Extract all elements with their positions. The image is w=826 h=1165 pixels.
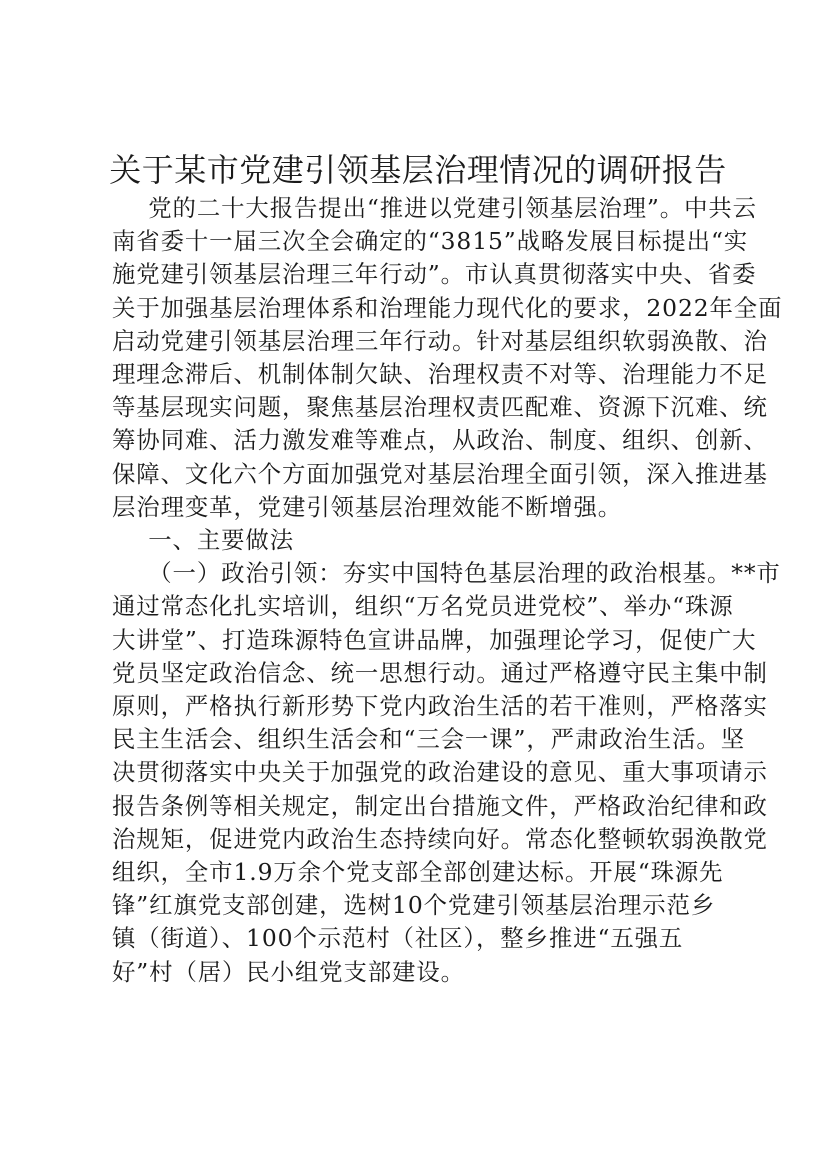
text-line: 施党建引领基层治理三年行动”。市认真贯彻落实中央、省委: [112, 258, 724, 291]
text-line: 治规矩，促进党内政治生态持续向好。常态化整顿软弱涣散党: [112, 823, 724, 856]
text-line: 决贯彻落实中央关于加强党的政治建设的意见、重大事项请示: [112, 756, 724, 789]
text-line: 等基层现实问题，聚焦基层治理权责匹配难、资源下沉难、统: [112, 391, 724, 424]
text-line: 启动党建引领基层治理三年行动。针对基层组织软弱涣散、治: [112, 325, 724, 358]
text-line: 筹协同难、活力激发难等难点，从政治、制度、组织、创新、: [112, 424, 724, 457]
document-title: 关于某市党建引领基层治理情况的调研报告: [92, 148, 744, 192]
text-line: 好”村（居）民小组党支部建设。: [112, 956, 724, 989]
text-line: 党的二十大报告提出“推进以党建引领基层治理”。中共云: [112, 192, 724, 225]
text-line: （一）政治引领：夯实中国特色基层治理的政治根基。**市: [112, 557, 724, 590]
text-line: 原则，严格执行新形势下党内政治生活的若干准则，严格落实: [112, 690, 724, 723]
text-line: 组织，全市1.9万余个党支部全部创建达标。开展“珠源先: [112, 856, 724, 889]
text-line: 理理念滞后、机制体制欠缺、治理权责不对等、治理能力不足: [112, 358, 724, 391]
document-page: 关于某市党建引领基层治理情况的调研报告 党的二十大报告提出“推进以党建引领基层治…: [112, 148, 724, 989]
intro-paragraph: 党的二十大报告提出“推进以党建引领基层治理”。中共云 南省委十一届三次全会确定的…: [112, 192, 724, 524]
text-line: 关于加强基层治理体系和治理能力现代化的要求，2022年全面: [112, 292, 724, 325]
text-line: 民主生活会、组织生活会和“三会一课”，严肃政治生活。坚: [112, 723, 724, 756]
section-heading: 一、主要做法: [112, 524, 724, 557]
text-line: 层治理变革，党建引领基层治理效能不断增强。: [112, 491, 724, 524]
text-line: 党员坚定政治信念、统一思想行动。通过严格遵守民主集中制: [112, 657, 724, 690]
text-line: 通过常态化扎实培训，组织“万名党员进党校”、举办“珠源: [112, 590, 724, 623]
text-line: 镇（街道）、100个示范村（社区），整乡推进“五强五: [112, 922, 724, 955]
text-line: 报告条例等相关规定，制定出台措施文件，严格政治纪律和政: [112, 790, 724, 823]
text-line: 南省委十一届三次全会确定的“3815”战略发展目标提出“实: [112, 225, 724, 258]
text-line: 保障、文化六个方面加强党对基层治理全面引领，深入推进基: [112, 458, 724, 491]
text-line: 大讲堂”、打造珠源特色宣讲品牌，加强理论学习，促使广大: [112, 624, 724, 657]
section-1-1-paragraph: （一）政治引领：夯实中国特色基层治理的政治根基。**市 通过常态化扎实培训，组织…: [112, 557, 724, 989]
text-line: 锋”红旗党支部创建，选树10个党建引领基层治理示范乡: [112, 889, 724, 922]
